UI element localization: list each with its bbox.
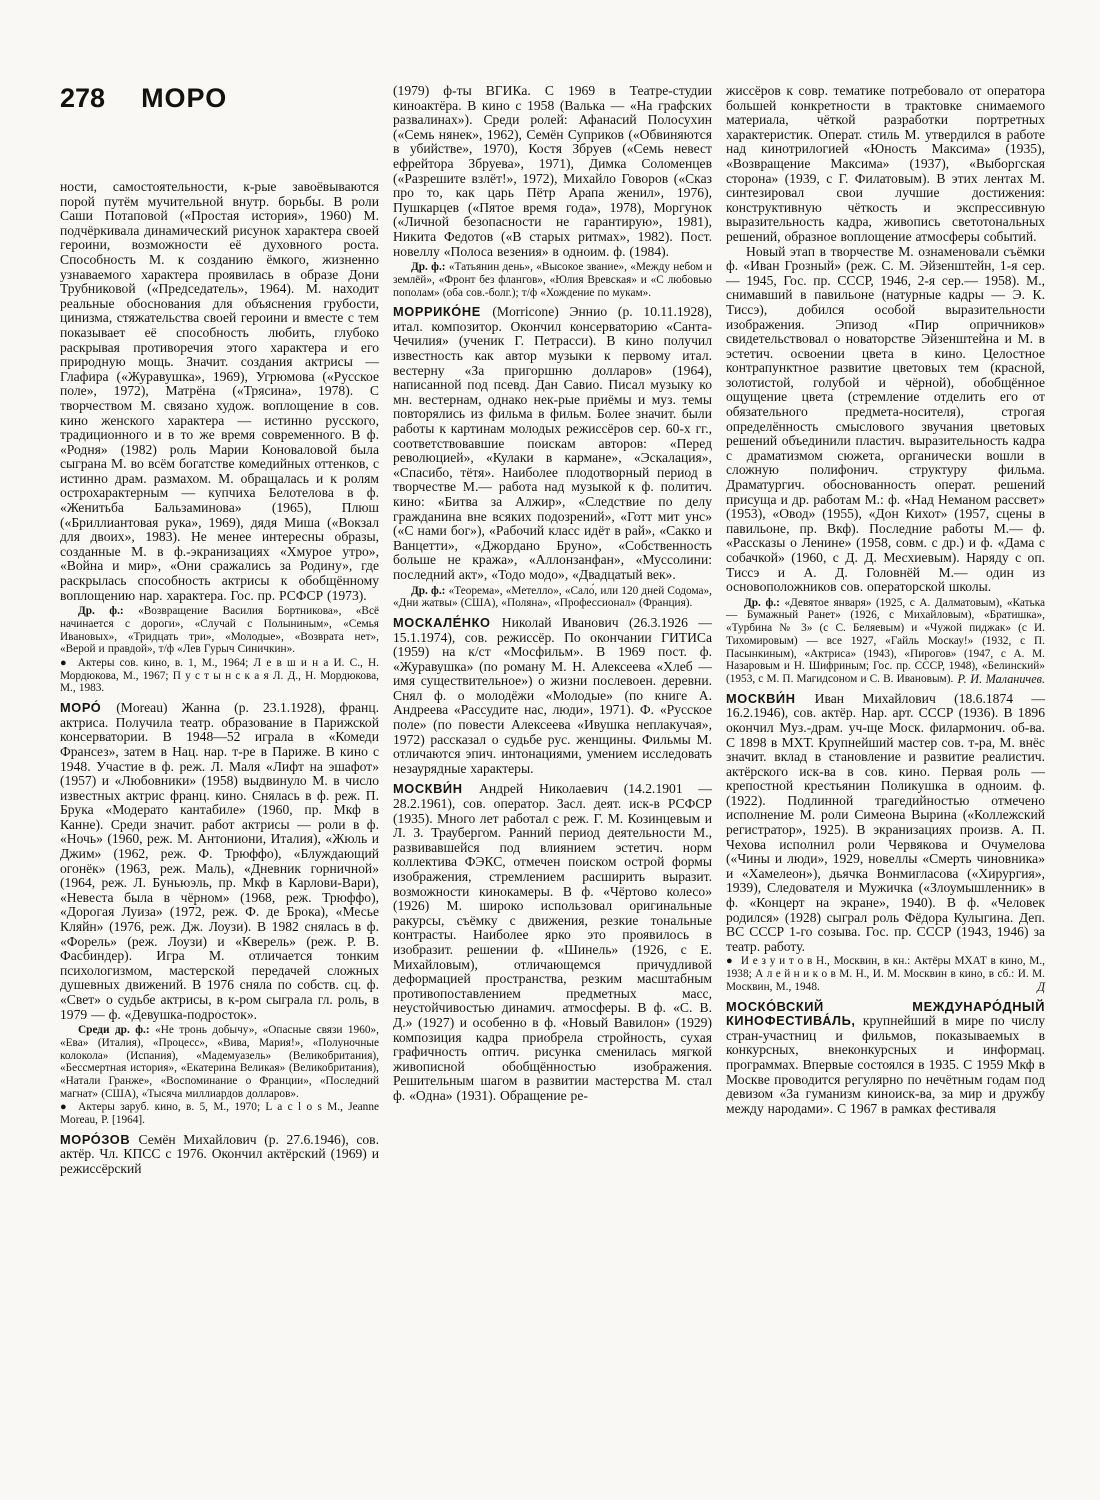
column-3-content: жиссёров к совр. тематике потребовало от… [726,84,1045,1116]
entry-morozov: МОРО́ЗОВ Семён Михайлович (р. 27.6.1946)… [60,1133,379,1177]
column-2-content: (1979) ф-ты ВГИКа. С 1969 в Театре-студи… [393,84,712,1104]
three-column-layout: 278 МОРО ности, самостоятельности, к-рые… [60,84,1046,1177]
continuation-paragraph: жиссёров к совр. тематике потребовало от… [726,84,1045,245]
bibliography-bullet-icon: ● [60,657,78,669]
bibliography-note: ● Актеры заруб. кино, в. 5, М., 1970; L … [60,1101,379,1126]
filmography-list: Др. ф.: «Татьянин день», «Высокое звание… [393,261,712,299]
entry-headword: МОСКВИ́Н [393,781,479,796]
entry-headword: МОСКО́ВСКИЙ МЕЖДУНАРО́ДНЫЙ КИНОФЕСТИВА́Л… [726,999,1045,1029]
continuation-paragraph: ности, самостоятельности, к-рые завоёвыв… [60,180,379,603]
filmography-list: Др. ф.: «Возвращение Василия Бортникова»… [60,605,379,656]
page-header: 278 МОРО [60,84,379,112]
column-1-content: ности, самостоятельности, к-рые завоёвыв… [60,180,379,1177]
running-title: МОРО [141,84,227,112]
entry-moskovsky-kinofestival: МОСКО́ВСКИЙ МЕЖДУНАРО́ДНЫЙ КИНОФЕСТИВА́Л… [726,1000,1045,1117]
filmography-list: Др. ф.: «Теорема», «Метелло», «Сало́, ил… [393,585,712,610]
filmography-label: Др. ф.: [411,585,449,597]
body-paragraph: Новый этап в творчестве М. ознаменовали … [726,245,1045,595]
entry-headword: МОСКВИ́Н [726,691,815,706]
bibliography-note: ● Актеры сов. кино, в. 1, М., 1964; Л е … [60,657,379,695]
entry-moro: МОРО́ (Moreau) Жанна (р. 23.1.1928), фра… [60,701,379,1022]
filmography-label: Др. ф.: [411,261,449,273]
column-2: (1979) ф-ты ВГИКа. С 1969 в Театре-студи… [393,84,712,1104]
entry-headword: МОРО́ЗОВ [60,1132,139,1147]
entry-moskvin-andrei: МОСКВИ́Н Андрей Николаевич (14.2.1901 — … [393,782,712,1103]
filmography-list: Среди др. ф.: «Не тронь добычу», «Опасны… [60,1024,379,1100]
entry-moskvin-ivan: МОСКВИ́Н Иван Михайлович (18.6.1874 — 16… [726,692,1045,955]
column-1: 278 МОРО ности, самостоятельности, к-рые… [60,84,379,1177]
bibliography-bullet-icon: ● [726,955,741,967]
entry-headword: МОСКАЛЕ́НКО [393,615,502,630]
filmography-label: Среди др. ф.: [78,1024,155,1036]
filmography-label: Др. ф.: [744,597,784,609]
bibliography-bullet-icon: ● [60,1101,78,1113]
entry-headword: МОРО́ [60,700,116,715]
column-3: жиссёров к совр. тематике потребовало от… [726,84,1045,1116]
continuation-paragraph: (1979) ф-ты ВГИКа. С 1969 в Театре-студи… [393,84,712,259]
encyclopedia-page: 278 МОРО ности, самостоятельности, к-рые… [0,0,1100,1500]
filmography-label: Др. ф.: [78,605,138,617]
entry-headword: МОРРИКО́НЕ [393,304,492,319]
entry-moskalenko: МОСКАЛЕ́НКО Николай Иванович (26.3.1926 … [393,616,712,777]
entry-morricone: МОРРИКО́НЕ (Morricone) Эннио (р. 10.11.1… [393,305,712,582]
page-number: 278 [60,84,105,112]
